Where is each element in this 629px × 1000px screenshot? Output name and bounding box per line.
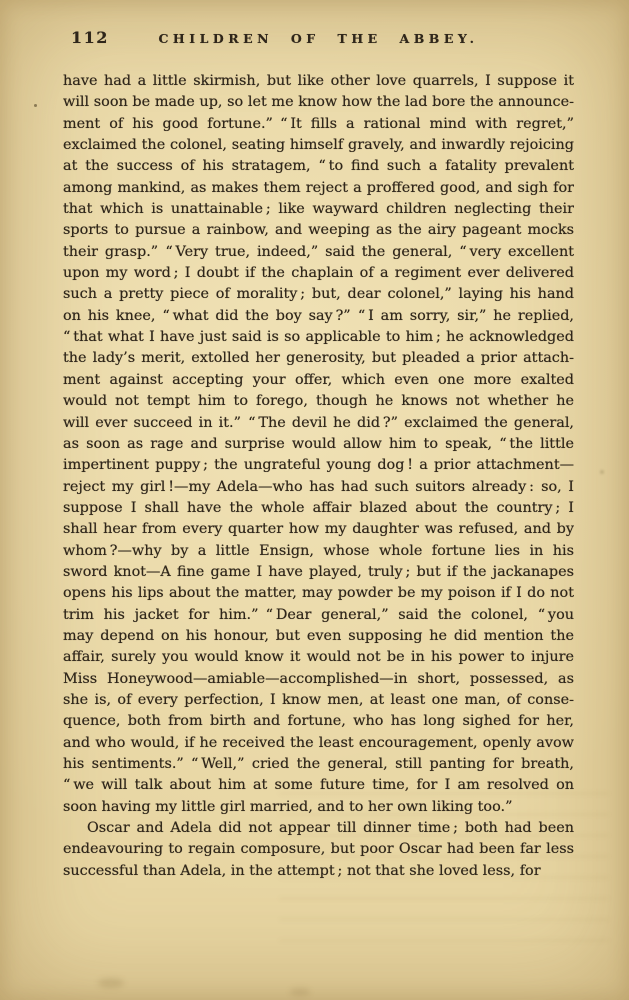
- text-line: will soon be made up, so let me know how…: [63, 92, 574, 113]
- text-line: whom ?—why by a little Ensign, whose who…: [63, 541, 574, 562]
- text-line: “ that what I have just said is so appli…: [63, 327, 574, 348]
- text-line: on his knee, “ what did the boy say ?” “…: [63, 306, 574, 327]
- text-line: she is, of every perfection, I know men,…: [63, 690, 574, 711]
- running-title: CHILDREN OF THE ABBEY.: [63, 31, 574, 46]
- book-page-scan: 112 CHILDREN OF THE ABBEY. have had a li…: [0, 0, 629, 1000]
- text-line: impertinent puppy ; the ungrateful young…: [63, 455, 574, 476]
- text-line: would not tempt him to forego, though he…: [63, 391, 574, 412]
- text-line: such a pretty piece of morality ; but, d…: [63, 284, 574, 305]
- text-line: affair, surely you would know it would n…: [63, 647, 574, 668]
- text-line: exclaimed the colonel, seating himself g…: [63, 135, 574, 156]
- ink-speck: [34, 104, 37, 107]
- page-header: 112 CHILDREN OF THE ABBEY.: [63, 27, 574, 51]
- text-line: quence, both from birth and fortune, who…: [63, 711, 574, 732]
- text-line: and who would, if he received the least …: [63, 733, 574, 754]
- text-line: their grasp.” “ Very true, indeed,” said…: [63, 242, 574, 263]
- text-line: endeavouring to regain composure, but po…: [63, 839, 574, 860]
- text-line: upon my word ; I doubt if the chaplain o…: [63, 263, 574, 284]
- text-line: Miss Honeywood—amiable—accomplished—in s…: [63, 669, 574, 690]
- text-line: ment against accepting your offer, which…: [63, 370, 574, 391]
- text-line: as soon as rage and surprise would allow…: [63, 434, 574, 455]
- text-line: soon having my little girl married, and …: [63, 797, 574, 818]
- ink-speck: [600, 470, 604, 474]
- text-line: opens his lips about the matter, may pow…: [63, 583, 574, 604]
- text-line: his sentiments.” “ Well,” cried the gene…: [63, 754, 574, 775]
- text-line: ment of his good fortune.” “ It fills a …: [63, 114, 574, 135]
- text-line: trim his jacket for him.” “ Dear general…: [63, 605, 574, 626]
- text-line: shall hear from every quarter how my dau…: [63, 519, 574, 540]
- text-line: among mankind, as makes them reject a pr…: [63, 178, 574, 199]
- paper-smudge: [290, 988, 310, 996]
- text-line: successful than Adela, in the attempt ; …: [63, 861, 574, 882]
- text-line: “ we will talk about him at some future …: [63, 775, 574, 796]
- text-line: will ever succeed in it.” “ The devil he…: [63, 413, 574, 434]
- text-line: suppose I shall have the whole affair bl…: [63, 498, 574, 519]
- text-line: may depend on his honour, but even suppo…: [63, 626, 574, 647]
- text-block: have had a little skirmish, but like oth…: [63, 71, 574, 882]
- text-line: reject my girl !—my Adela—who has had su…: [63, 477, 574, 498]
- paper-smudge: [98, 978, 124, 988]
- text-line: sports to pursue a rainbow, and weeping …: [63, 220, 574, 241]
- text-line: sword knot—A fine game I have played, tr…: [63, 562, 574, 583]
- text-line: Oscar and Adela did not appear till dinn…: [63, 818, 574, 839]
- text-line: have had a little skirmish, but like oth…: [63, 71, 574, 92]
- text-line: the lady’s merit, extolled her generosit…: [63, 348, 574, 369]
- text-line: at the success of his stratagem, “ to fi…: [63, 156, 574, 177]
- text-line: that which is unattainable ; like waywar…: [63, 199, 574, 220]
